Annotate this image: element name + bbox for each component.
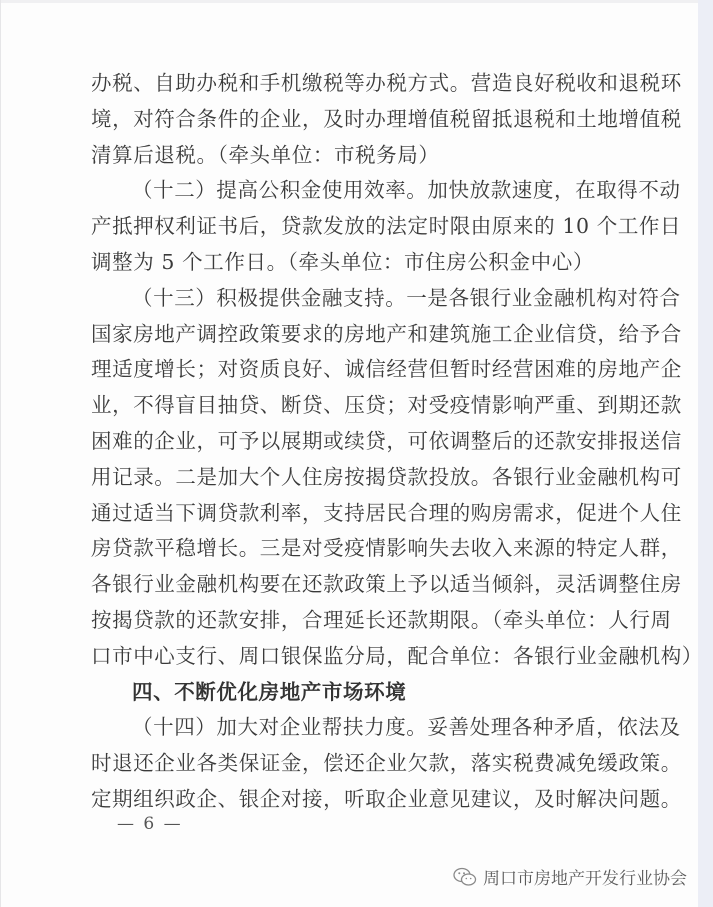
page-edge-strip — [698, 0, 713, 907]
text-line: 境，对符合条件的企业，及时办理增值税留抵退税和土地增值税 — [91, 102, 641, 138]
text-line: 调整为 5 个工作日。（牵头单位：市住房公积金中心） — [91, 245, 641, 281]
text-line: 用记录。二是加大个人住房按揭贷款投放。各银行业金融机构可 — [91, 460, 641, 496]
text-line: 房贷款平稳增长。三是对受疫情影响失去收入来源的特定人群， — [91, 531, 641, 567]
wechat-watermark: 周口市房地产开发行业协会 — [453, 864, 687, 889]
text-line: 定期组织政企、银企对接，听取企业意见建议，及时解决问题。 — [91, 782, 641, 818]
text-line: 通过适当下调贷款利率，支持居民合理的购房需求，促进个人住 — [91, 496, 641, 532]
text-line: 困难的企业，可予以展期或续贷，可依调整后的还款安排报送信 — [91, 424, 641, 460]
text-line: 国家房地产调控政策要求的房地产和建筑施工企业信贷，给予合 — [91, 317, 641, 353]
watermark-text: 周口市房地产开发行业协会 — [483, 864, 687, 889]
page-number: — 6 — — [117, 814, 183, 834]
text-line: 各银行业金融机构要在还款政策上予以适当倾斜，灵活调整住房 — [91, 567, 641, 603]
section-heading: 四、不断优化房地产市场环境 — [91, 675, 641, 711]
text-line: 时退还企业各类保证金，偿还企业欠款，落实税费减免缓政策。 — [91, 746, 641, 782]
text-line: 口市中心支行、周口银保监分局，配合单位：各银行业金融机构） — [91, 639, 641, 675]
section-14-first-line: （十四）加大对企业帮扶力度。妥善处理各种矛盾，依法及 — [91, 710, 641, 746]
text-line: 按揭贷款的还款安排，合理延长还款期限。（牵头单位：人行周 — [91, 603, 641, 639]
text-line: 办税、自助办税和手机缴税等办税方式。营造良好税收和退税环 — [91, 66, 641, 102]
section-12-first-line: （十二）提高公积金使用效率。加快放款速度，在取得不动 — [91, 173, 641, 209]
document-page: 办税、自助办税和手机缴税等办税方式。营造良好税收和退税环 境，对符合条件的企业，… — [0, 0, 698, 907]
wechat-icon — [453, 867, 477, 887]
text-line: 业，不得盲目抽贷、断贷、压贷；对受疫情影响严重、到期还款 — [91, 388, 641, 424]
section-13-first-line: （十三）积极提供金融支持。一是各银行业金融机构对符合 — [91, 281, 641, 317]
text-line: 产抵押权利证书后，贷款发放的法定时限由原来的 10 个工作日 — [91, 209, 641, 245]
text-line: 理适度增长；对资质良好、诚信经营但暂时经营困难的房地产企 — [91, 352, 641, 388]
document-body: 办税、自助办税和手机缴税等办税方式。营造良好税收和退税环 境，对符合条件的企业，… — [91, 66, 641, 818]
text-line: 清算后退税。（牵头单位：市税务局） — [91, 138, 641, 174]
page-top-edge — [1, 0, 699, 3]
